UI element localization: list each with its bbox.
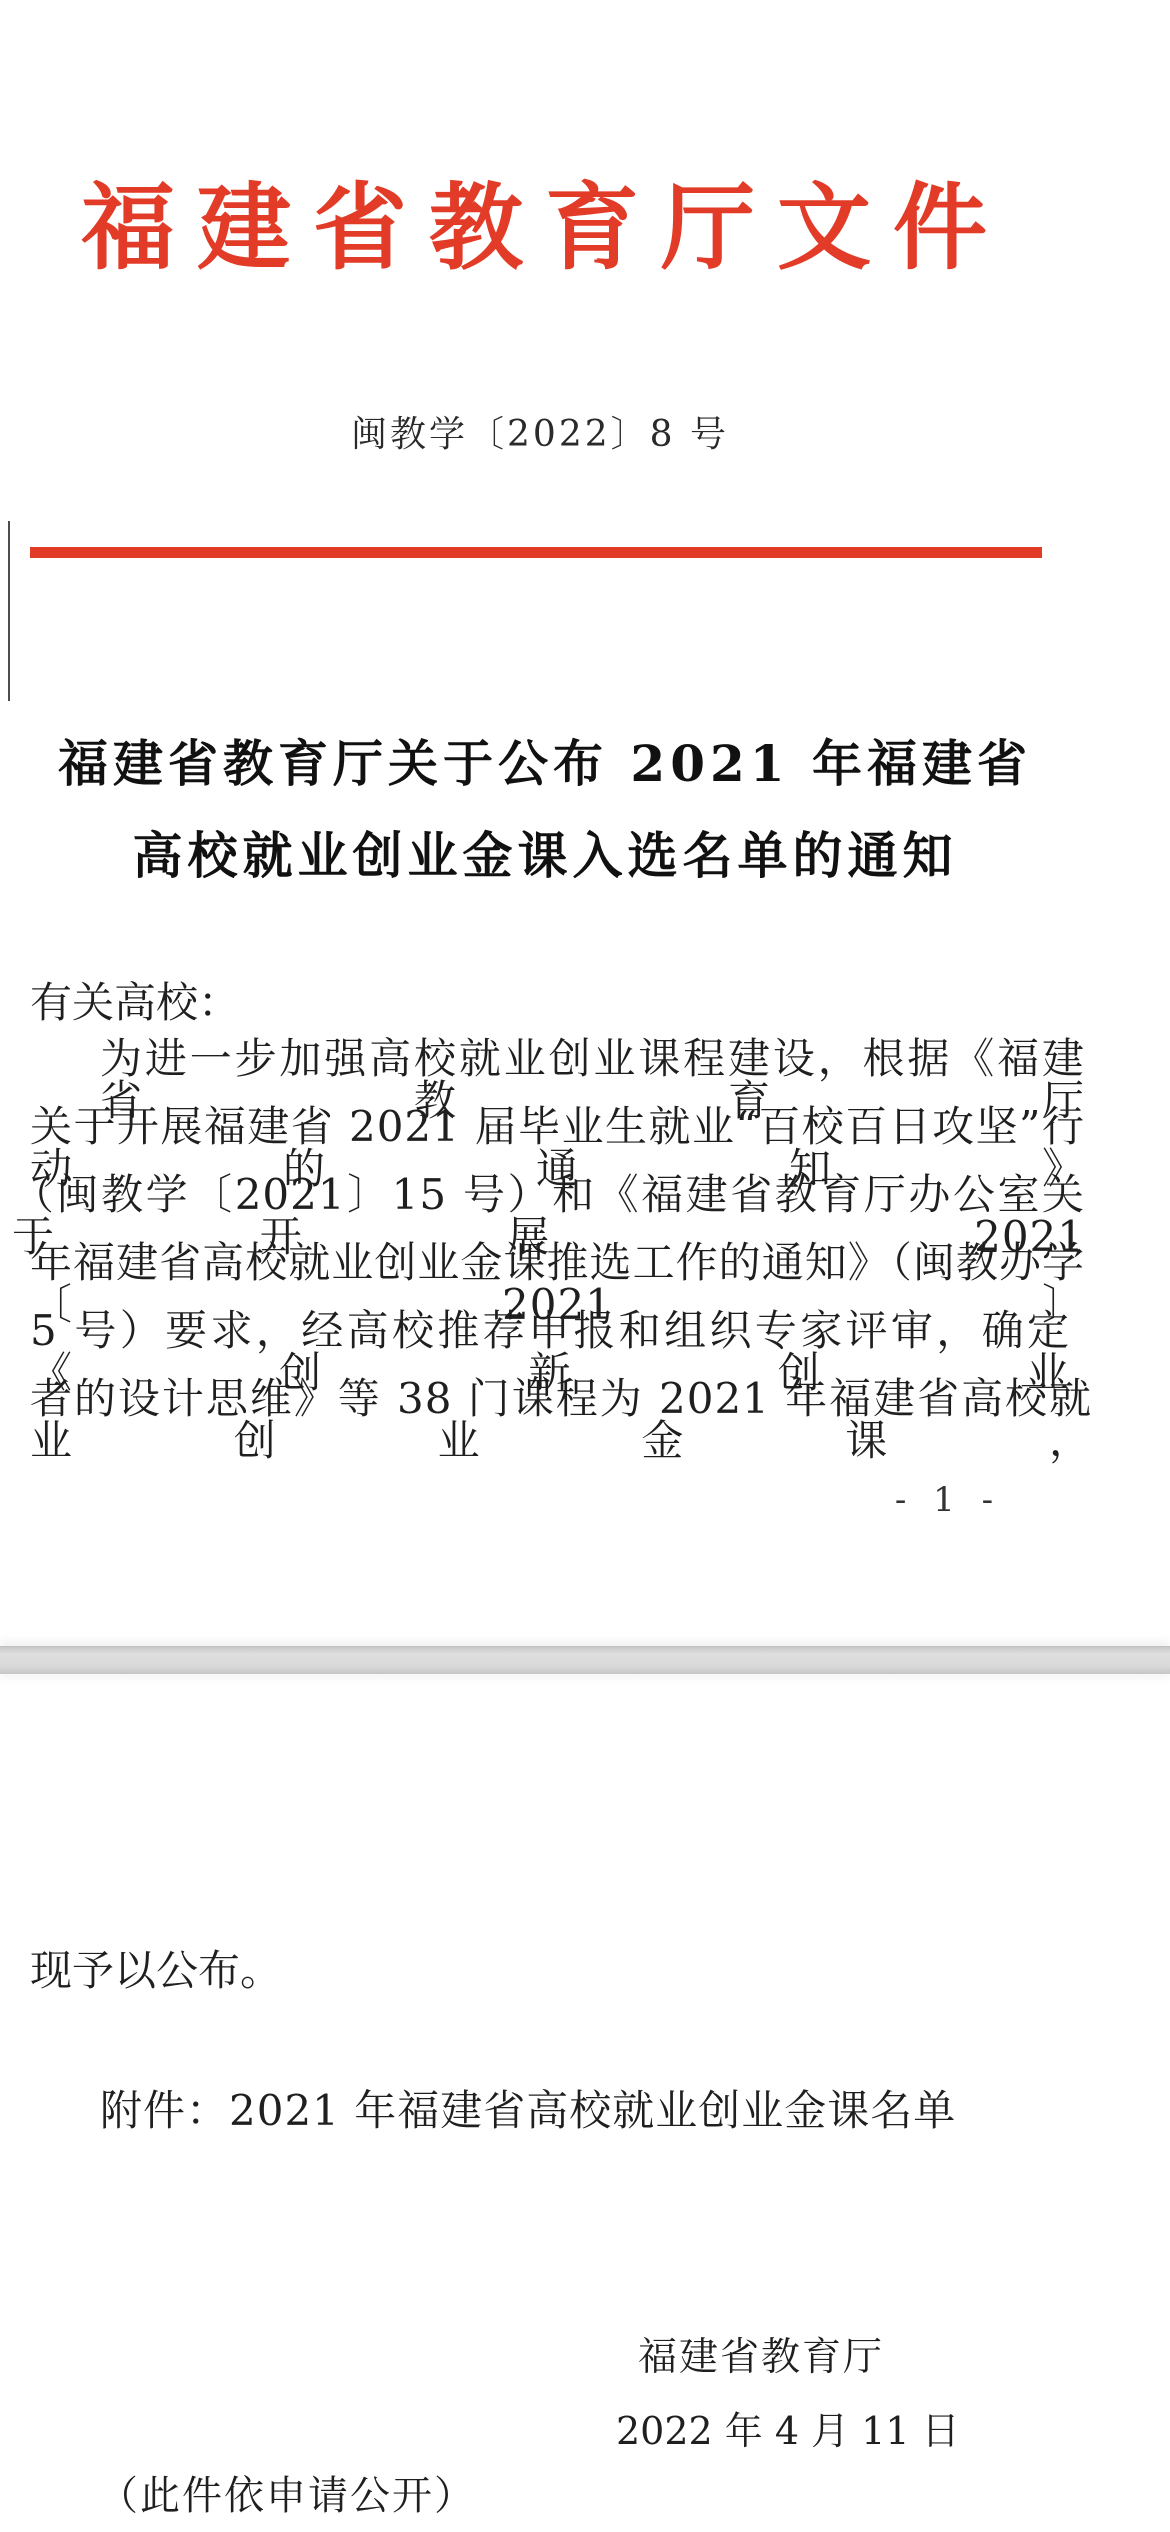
- page-number: - 1 -: [838, 1480, 1058, 1520]
- page-separator-bar: [0, 1646, 1170, 1674]
- document-title-line-1: 福建省教育厅关于公布 2021 年福建省: [0, 724, 1130, 796]
- red-divider-line: [30, 547, 1042, 558]
- issuer-name: 福建省教育厅: [636, 2326, 886, 2382]
- agency-banner-title: 福建省教育厅文件: [0, 152, 1130, 287]
- publish-statement: 现予以公布。: [30, 1938, 282, 1998]
- salutation: 有关高校：: [30, 970, 240, 1030]
- issue-date: 2022 年 4 月 11 日: [616, 2400, 926, 2455]
- document-title-line-2: 高校就业创业金课入选名单的通知: [0, 816, 1130, 888]
- disclosure-note: （此件依申请公开）: [98, 2464, 476, 2521]
- attachment-note: 附件：2021 年福建省高校就业创业金课名单: [100, 2078, 956, 2138]
- body-line: 者的设计思维》等 38 门课程为 2021 年福建省高校就业创业金课，: [30, 1378, 1092, 1462]
- scan-artifact-line: [8, 521, 10, 701]
- document-number: 闽教学〔2022〕8 号: [0, 406, 1125, 457]
- scanned-document-view: 福建省教育厅文件 闽教学〔2022〕8 号 福建省教育厅关于公布 2021 年福…: [0, 0, 1170, 2532]
